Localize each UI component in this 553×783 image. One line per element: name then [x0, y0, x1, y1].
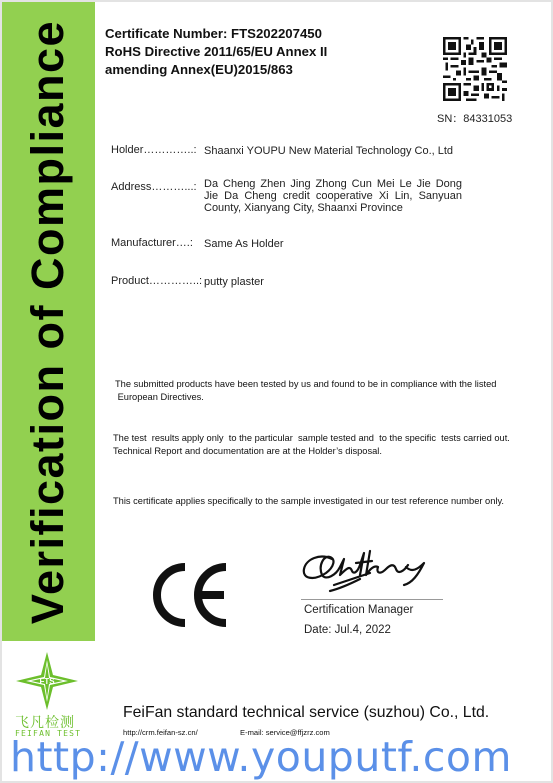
issuer-company: FeiFan standard technical service (suzho… — [123, 704, 489, 722]
serial-number: SN：84331053 — [437, 110, 512, 126]
ce-mark-icon — [152, 563, 232, 627]
compliance-statement: The submitted products have been tested … — [115, 378, 496, 404]
product-label: Product…………..: — [111, 275, 202, 287]
amendment-line: amending Annex(EU)2015/863 — [105, 61, 327, 79]
signatory-role: Certification Manager — [304, 604, 413, 616]
applicability-statement: This certificate applies specifically to… — [113, 495, 504, 508]
certificate-header: Certificate Number: FTS202207450 RoHS Di… — [105, 25, 327, 79]
certificate-number: Certificate Number: FTS202207450 — [105, 25, 327, 43]
qr-code-icon[interactable] — [443, 37, 507, 101]
holder-value: Shaanxi YOUPU New Material Technology Co… — [204, 145, 453, 157]
address-value: Da Cheng Zhen Jing Zhong Cun Mei Le Jie … — [204, 178, 462, 214]
watermark-url: http://www.youputf.com — [10, 733, 512, 781]
manufacturer-label: Manufacturer….: — [111, 237, 193, 249]
holder-label: Holder…………..: — [111, 144, 197, 156]
scope-line-2: Technical Report and documentation are a… — [113, 445, 510, 458]
vertical-title: Verification of Compliance — [22, 20, 74, 624]
address-label: Address………...: — [111, 181, 197, 193]
signature-icon — [300, 545, 450, 595]
compliance-line-1: The submitted products have been tested … — [115, 378, 496, 391]
scope-line-1: The test results apply only to the parti… — [113, 432, 510, 445]
scope-statement: The test results apply only to the parti… — [113, 432, 510, 458]
manufacturer-value: Same As Holder — [204, 238, 283, 250]
product-value: putty plaster — [204, 276, 264, 288]
fts-logo-star-icon: FTS — [16, 652, 78, 710]
signature-line — [301, 599, 443, 600]
compliance-line-2: European Directives. — [115, 391, 496, 404]
logo-badge: FTS — [39, 677, 55, 686]
directive-line: RoHS Directive 2011/65/EU Annex II — [105, 43, 327, 61]
issue-date: Date: Jul.4, 2022 — [304, 624, 391, 636]
